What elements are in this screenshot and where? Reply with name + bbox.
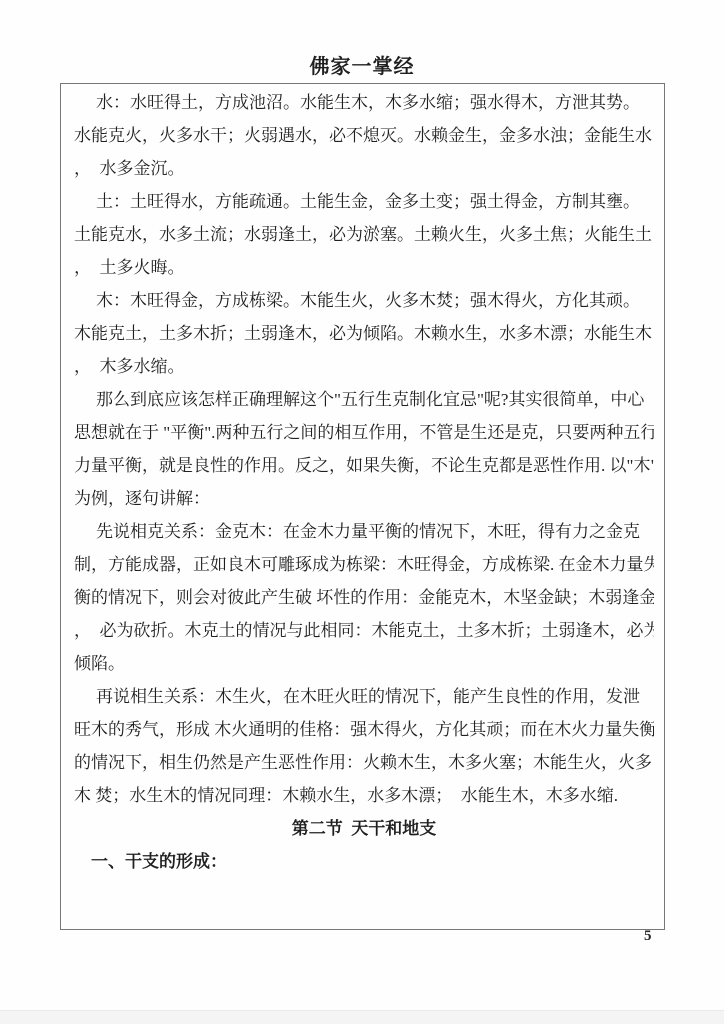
- paragraph: 先说相克关系：金克木：在金木力量平衡的情况下，木旺，得有力之金克制，方能成器，正…: [74, 515, 654, 680]
- text-line: 水能克火，火多水干；火弱遇水，必不熄灭。水赖金生，金多水浊；金能生水: [74, 119, 654, 152]
- text-line: 先说相克关系：金克木：在金木力量平衡的情况下，木旺，得有力之金克: [74, 515, 654, 548]
- text-line: 的情况下，相生仍然是产生恶性作用：火赖木生，木多火塞；木能生火，火多: [74, 746, 654, 779]
- text-line: 衡的情况下，则会对彼此产生破 坏性的作用：金能克木，木坚金缺；木弱逢金: [74, 581, 654, 614]
- text-line: ， 水多金沉。: [74, 152, 654, 185]
- scan-edge-shadow: [0, 1010, 724, 1024]
- text-line: ， 木多水缩。: [74, 350, 654, 383]
- text-line: ， 必为砍折。木克土的情况与此相同：木能克土，土多木折；土弱逢木，必为: [74, 614, 654, 647]
- text-line: 为例，逐句讲解：: [74, 482, 654, 515]
- content-frame: 水：水旺得土，方成池沼。水能生木，木多水缩；强水得木，方泄其势。水能克火，火多水…: [60, 83, 665, 930]
- page-title: 佛家一掌经: [0, 50, 724, 79]
- text-line: ， 土多火晦。: [74, 251, 654, 284]
- text-line: 力量平衡，就是良性的作用。反之，如果失衡，不论生克都是恶性作用. 以"木": [74, 449, 654, 482]
- text-line: 木 焚；水生木的情况同理：木赖水生，水多木漂； 水能生木，木多水缩.: [74, 779, 654, 812]
- text-line: 木：木旺得金，方成栋梁。木能生火，火多木焚；强木得火，方化其顽。: [74, 284, 654, 317]
- text-line: 制，方能成器，正如良木可雕琢成为栋梁：木旺得金，方成栋梁. 在金木力量失: [74, 548, 654, 581]
- paragraph: 水：水旺得土，方成池沼。水能生木，木多水缩；强水得木，方泄其势。水能克火，火多水…: [74, 86, 654, 185]
- paragraph: 木：木旺得金，方成栋梁。木能生火，火多木焚；强木得火，方化其顽。木能克土，土多木…: [74, 284, 654, 383]
- text-line: 旺木的秀气，形成 木火通明的佳格：强木得火，方化其顽；而在木火力量失衡: [74, 713, 654, 746]
- text-line: 那么到底应该怎样正确理解这个"五行生克制化宜忌"呢?其实很简单，中心: [74, 383, 654, 416]
- paragraphs-container: 水：水旺得土，方成池沼。水能生木，木多水缩；强水得木，方泄其势。水能克火，火多水…: [74, 86, 654, 812]
- subsection-heading: 一、干支的形成：: [74, 845, 654, 878]
- paragraph: 再说相生关系：木生火，在木旺火旺的情况下，能产生良性的作用，发泄旺木的秀气，形成…: [74, 680, 654, 812]
- text-line: 倾陷。: [74, 647, 654, 680]
- text-line: 思想就在于 "平衡".两种五行之间的相互作用，不管是生还是克，只要两种五行: [74, 416, 654, 449]
- text-line: 再说相生关系：木生火，在木旺火旺的情况下，能产生良性的作用，发泄: [74, 680, 654, 713]
- section-heading: 第二节 天干和地支: [74, 812, 654, 845]
- text-line: 土能克水，水多土流；水弱逢土，必为淤塞。土赖火生，火多土焦；火能生土: [74, 218, 654, 251]
- text-line: 土：土旺得水，方能疏通。土能生金，金多土变；强土得金，方制其壅。: [74, 185, 654, 218]
- paragraph: 那么到底应该怎样正确理解这个"五行生克制化宜忌"呢?其实很简单，中心思想就在于 …: [74, 383, 654, 515]
- page-number: 5: [644, 928, 652, 945]
- scanned-document-page: 佛家一掌经 水：水旺得土，方成池沼。水能生木，木多水缩；强水得木，方泄其势。水能…: [0, 0, 724, 1024]
- paragraph: 土：土旺得水，方能疏通。土能生金，金多土变；强土得金，方制其壅。土能克水，水多土…: [74, 185, 654, 284]
- text-line: 水：水旺得土，方成池沼。水能生木，木多水缩；强水得木，方泄其势。: [74, 86, 654, 119]
- text-line: 木能克土，土多木折；土弱逢木，必为倾陷。木赖水生，水多木漂；水能生木: [74, 317, 654, 350]
